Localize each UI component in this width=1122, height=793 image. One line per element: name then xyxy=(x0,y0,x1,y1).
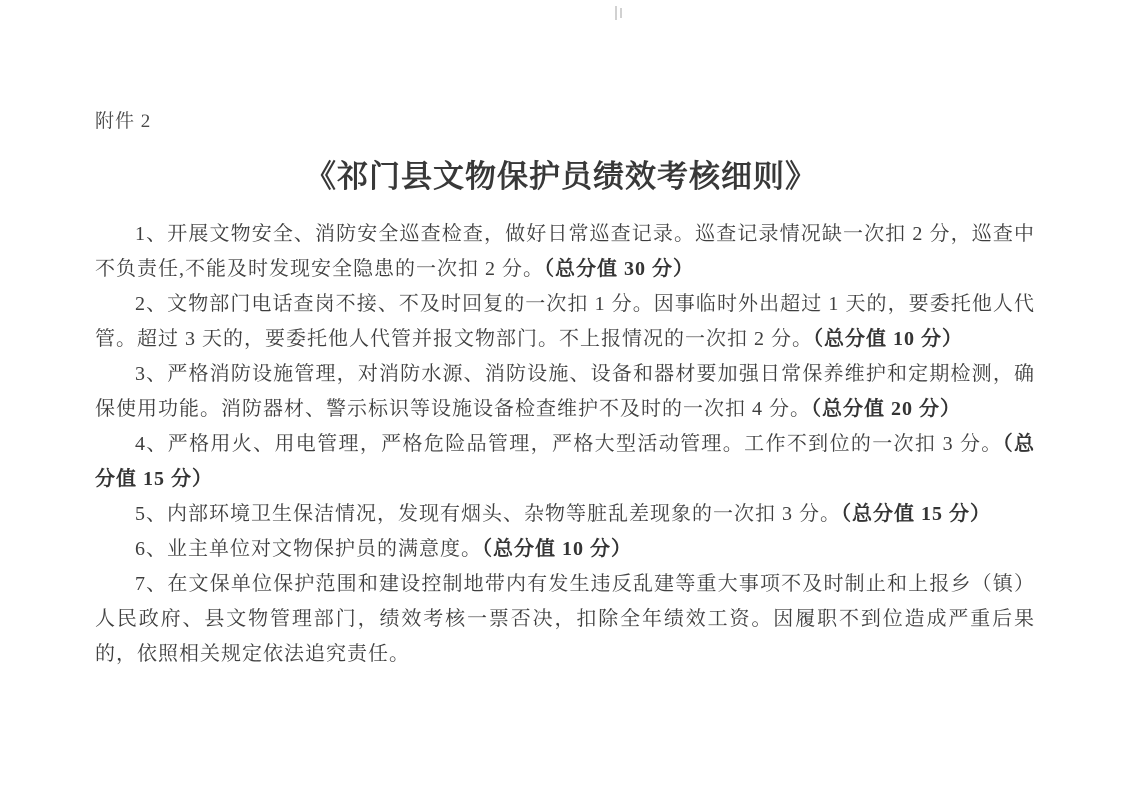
paragraph-6: 6、业主单位对文物保护员的满意度。（总分值 10 分） xyxy=(95,532,1035,567)
paragraph-5: 5、内部环境卫生保洁情况，发现有烟头、杂物等脏乱差现象的一次扣 3 分。（总分值… xyxy=(95,497,1035,532)
document-body: 1、开展文物安全、消防安全巡查检查，做好日常巡查记录。巡查记录情况缺一次扣 2 … xyxy=(95,217,1035,672)
paragraph-3-score: （总分值 20 分） xyxy=(811,398,961,420)
paragraph-7-text: 7、在文保单位保护范围和建设控制地带内有发生违反乱建等重大事项不及时制止和上报乡… xyxy=(95,573,1035,665)
paragraph-4: 4、严格用火、用电管理，严格危险品管理，严格大型活动管理。工作不到位的一次扣 3… xyxy=(95,427,1035,497)
paragraph-6-score: （总分值 10 分） xyxy=(482,538,632,560)
document-page: 附件 2 《祁门县文物保护员绩效考核细则》 1、开展文物安全、消防安全巡查检查，… xyxy=(0,0,1122,793)
paragraph-2-score: （总分值 10 分） xyxy=(813,328,963,350)
paragraph-1: 1、开展文物安全、消防安全巡查检查，做好日常巡查记录。巡查记录情况缺一次扣 2 … xyxy=(95,217,1035,287)
paragraph-1-score: （总分值 30 分） xyxy=(544,258,694,280)
paragraph-3: 3、严格消防设施管理，对消防水源、消防设施、设备和器材要加强日常保养维护和定期检… xyxy=(95,357,1035,427)
attachment-label: 附件 2 xyxy=(95,106,1122,133)
paragraph-6-text: 6、业主单位对文物保护员的满意度。 xyxy=(135,538,482,560)
paragraph-2: 2、文物部门电话查岗不接、不及时回复的一次扣 1 分。因事临时外出超过 1 天的… xyxy=(95,287,1035,357)
paragraph-5-score: （总分值 15 分） xyxy=(841,503,991,525)
paragraph-4-text: 4、严格用火、用电管理，严格危险品管理，严格大型活动管理。工作不到位的一次扣 3… xyxy=(135,433,1003,455)
scan-artifact-mark xyxy=(613,6,623,24)
paragraph-5-text: 5、内部环境卫生保洁情况，发现有烟头、杂物等脏乱差现象的一次扣 3 分。 xyxy=(135,503,841,525)
paragraph-7: 7、在文保单位保护范围和建设控制地带内有发生违反乱建等重大事项不及时制止和上报乡… xyxy=(95,567,1035,672)
document-title: 《祁门县文物保护员绩效考核细则》 xyxy=(0,151,1122,196)
